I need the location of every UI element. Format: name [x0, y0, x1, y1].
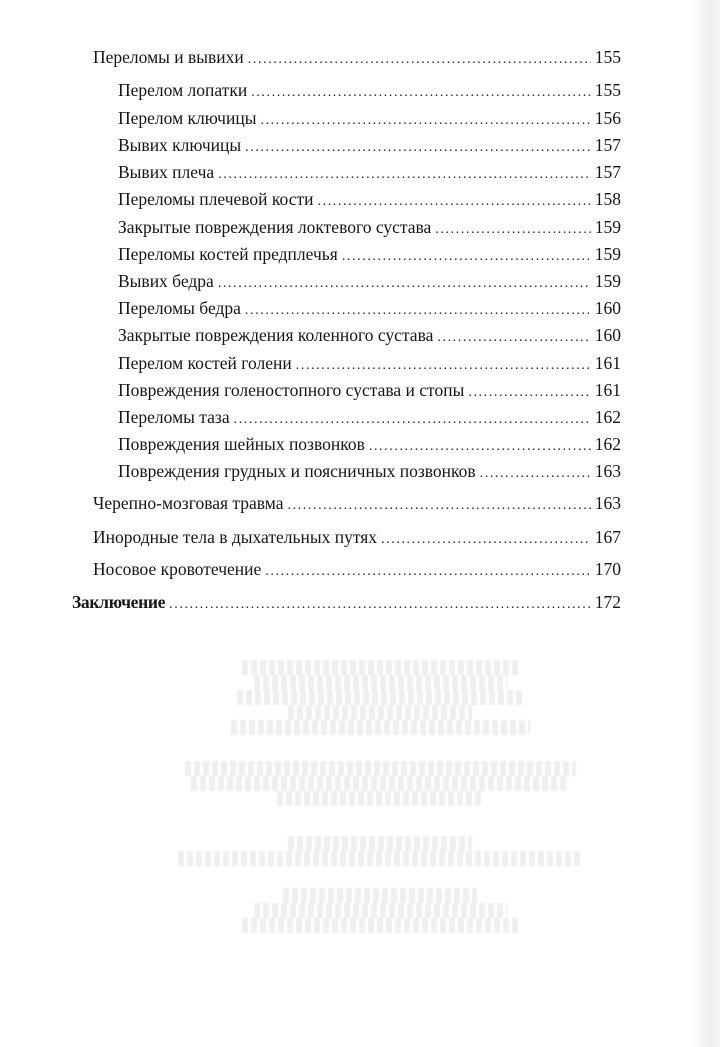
toc-entry-page: 159 — [591, 216, 621, 238]
dot-leader — [287, 495, 590, 517]
toc-entry-title: Инородные тела в дыхательных путях — [93, 526, 381, 548]
toc-entry-title: Носовое кровотечение — [93, 558, 265, 580]
toc-entry-title: Переломы бедра — [118, 297, 245, 319]
toc-entry-title: Заключение — [72, 591, 169, 613]
toc-entry-page: 160 — [591, 324, 621, 346]
dot-leader — [480, 463, 591, 485]
toc-entry[interactable]: Повреждения голеностопного сустава и сто… — [118, 379, 621, 404]
dot-leader — [245, 300, 591, 322]
toc-entry-page: 162 — [591, 406, 621, 428]
dot-leader — [218, 273, 591, 295]
toc-entry[interactable]: Переломы бедра 160 — [118, 297, 621, 322]
toc-entry-title: Перелом ключицы — [118, 107, 260, 129]
toc-entry[interactable]: Носовое кровотечение 170 — [93, 558, 621, 583]
toc-entry-page: 161 — [591, 352, 621, 374]
toc-entry-title: Вывих ключицы — [118, 134, 245, 156]
dot-leader — [260, 110, 590, 132]
toc-entry-title: Переломы и вывихи — [93, 46, 248, 68]
toc-entry[interactable]: Перелом ключицы 156 — [118, 107, 621, 132]
show-through-from-reverse-page — [150, 660, 610, 940]
toc-entry-title: Вывих бедра — [118, 270, 218, 292]
toc-entry[interactable]: Повреждения шейных позвонков 162 — [118, 433, 621, 458]
toc-entry[interactable]: Перелом лопатки 155 — [118, 79, 621, 104]
toc-entry[interactable]: Повреждения грудных и поясничных позвонк… — [118, 460, 621, 485]
toc-entry[interactable]: Переломы таза 162 — [118, 406, 621, 431]
dot-leader — [245, 137, 591, 159]
toc-entry-page: 159 — [591, 270, 621, 292]
dot-leader — [318, 191, 591, 213]
toc-entry[interactable]: Черепно-мозговая травма 163 — [93, 492, 621, 517]
toc-entry-page: 163 — [591, 460, 621, 482]
toc-entry[interactable]: Переломы костей предплечья 159 — [118, 243, 621, 268]
toc-entry-title: Повреждения шейных позвонков — [118, 433, 369, 455]
toc-entry-title: Переломы костей предплечья — [118, 243, 342, 265]
toc-entry-title: Вывих плеча — [118, 161, 218, 183]
toc-entry[interactable]: Закрытые повреждения коленного сустава 1… — [118, 324, 621, 349]
toc-entry-page: 155 — [591, 79, 621, 101]
dot-leader — [248, 49, 591, 71]
dot-leader — [342, 246, 591, 268]
toc-entry-page: 162 — [591, 433, 621, 455]
dot-leader — [251, 82, 591, 104]
toc-entry-page: 157 — [591, 134, 621, 156]
dot-leader — [435, 219, 590, 241]
toc-entry-title: Закрытые повреждения локтевого сустава — [118, 216, 435, 238]
dot-leader — [437, 327, 590, 349]
toc-entry-title: Переломы таза — [118, 406, 234, 428]
dot-leader — [468, 382, 590, 404]
toc-entry-title: Черепно-мозговая травма — [93, 492, 287, 514]
page-edge-shadow — [692, 0, 720, 1047]
toc-entry-page: 156 — [591, 107, 621, 129]
toc-entry-title: Перелом костей голени — [118, 352, 296, 374]
toc-entry-title: Повреждения голеностопного сустава и сто… — [118, 379, 468, 401]
toc-entry-page: 155 — [591, 46, 621, 68]
toc-entry-title: Повреждения грудных и поясничных позвонк… — [118, 460, 480, 482]
toc-entry[interactable]: Вывих плеча 157 — [118, 161, 621, 186]
toc-entry-title: Перелом лопатки — [118, 79, 251, 101]
toc-entry-page: 157 — [591, 161, 621, 183]
toc-entry[interactable]: Закрытые повреждения локтевого сустава 1… — [118, 216, 621, 241]
dot-leader — [296, 355, 591, 377]
toc-entry[interactable]: Переломы плечевой кости 158 — [118, 188, 621, 213]
toc-entry[interactable]: Перелом костей голени 161 — [118, 352, 621, 377]
dot-leader — [381, 529, 591, 551]
toc-entry[interactable]: Инородные тела в дыхательных путях 167 — [93, 526, 621, 551]
toc-entry-page: 160 — [591, 297, 621, 319]
dot-leader — [265, 561, 590, 583]
toc-entry[interactable]: Вывих бедра 159 — [118, 270, 621, 295]
toc-entry-title: Переломы плечевой кости — [118, 188, 318, 210]
toc-entry-title: Закрытые повреждения коленного сустава — [118, 324, 437, 346]
toc-entry-page: 167 — [591, 526, 621, 548]
toc-entry-page: 158 — [591, 188, 621, 210]
toc-entry-page: 170 — [591, 558, 621, 580]
toc-entry[interactable]: Переломы и вывихи 155 — [93, 46, 621, 71]
toc-entry-page: 163 — [591, 492, 621, 514]
toc-entry[interactable]: Вывих ключицы 157 — [118, 134, 621, 159]
toc-entry-conclusion[interactable]: Заключение 172 — [72, 591, 621, 616]
toc-entry-page: 159 — [591, 243, 621, 265]
dot-leader — [218, 164, 591, 186]
toc-entry-page: 172 — [591, 591, 621, 613]
dot-leader — [234, 409, 591, 431]
toc-entry-page: 161 — [591, 379, 621, 401]
dot-leader — [369, 436, 591, 458]
dot-leader — [169, 594, 591, 616]
